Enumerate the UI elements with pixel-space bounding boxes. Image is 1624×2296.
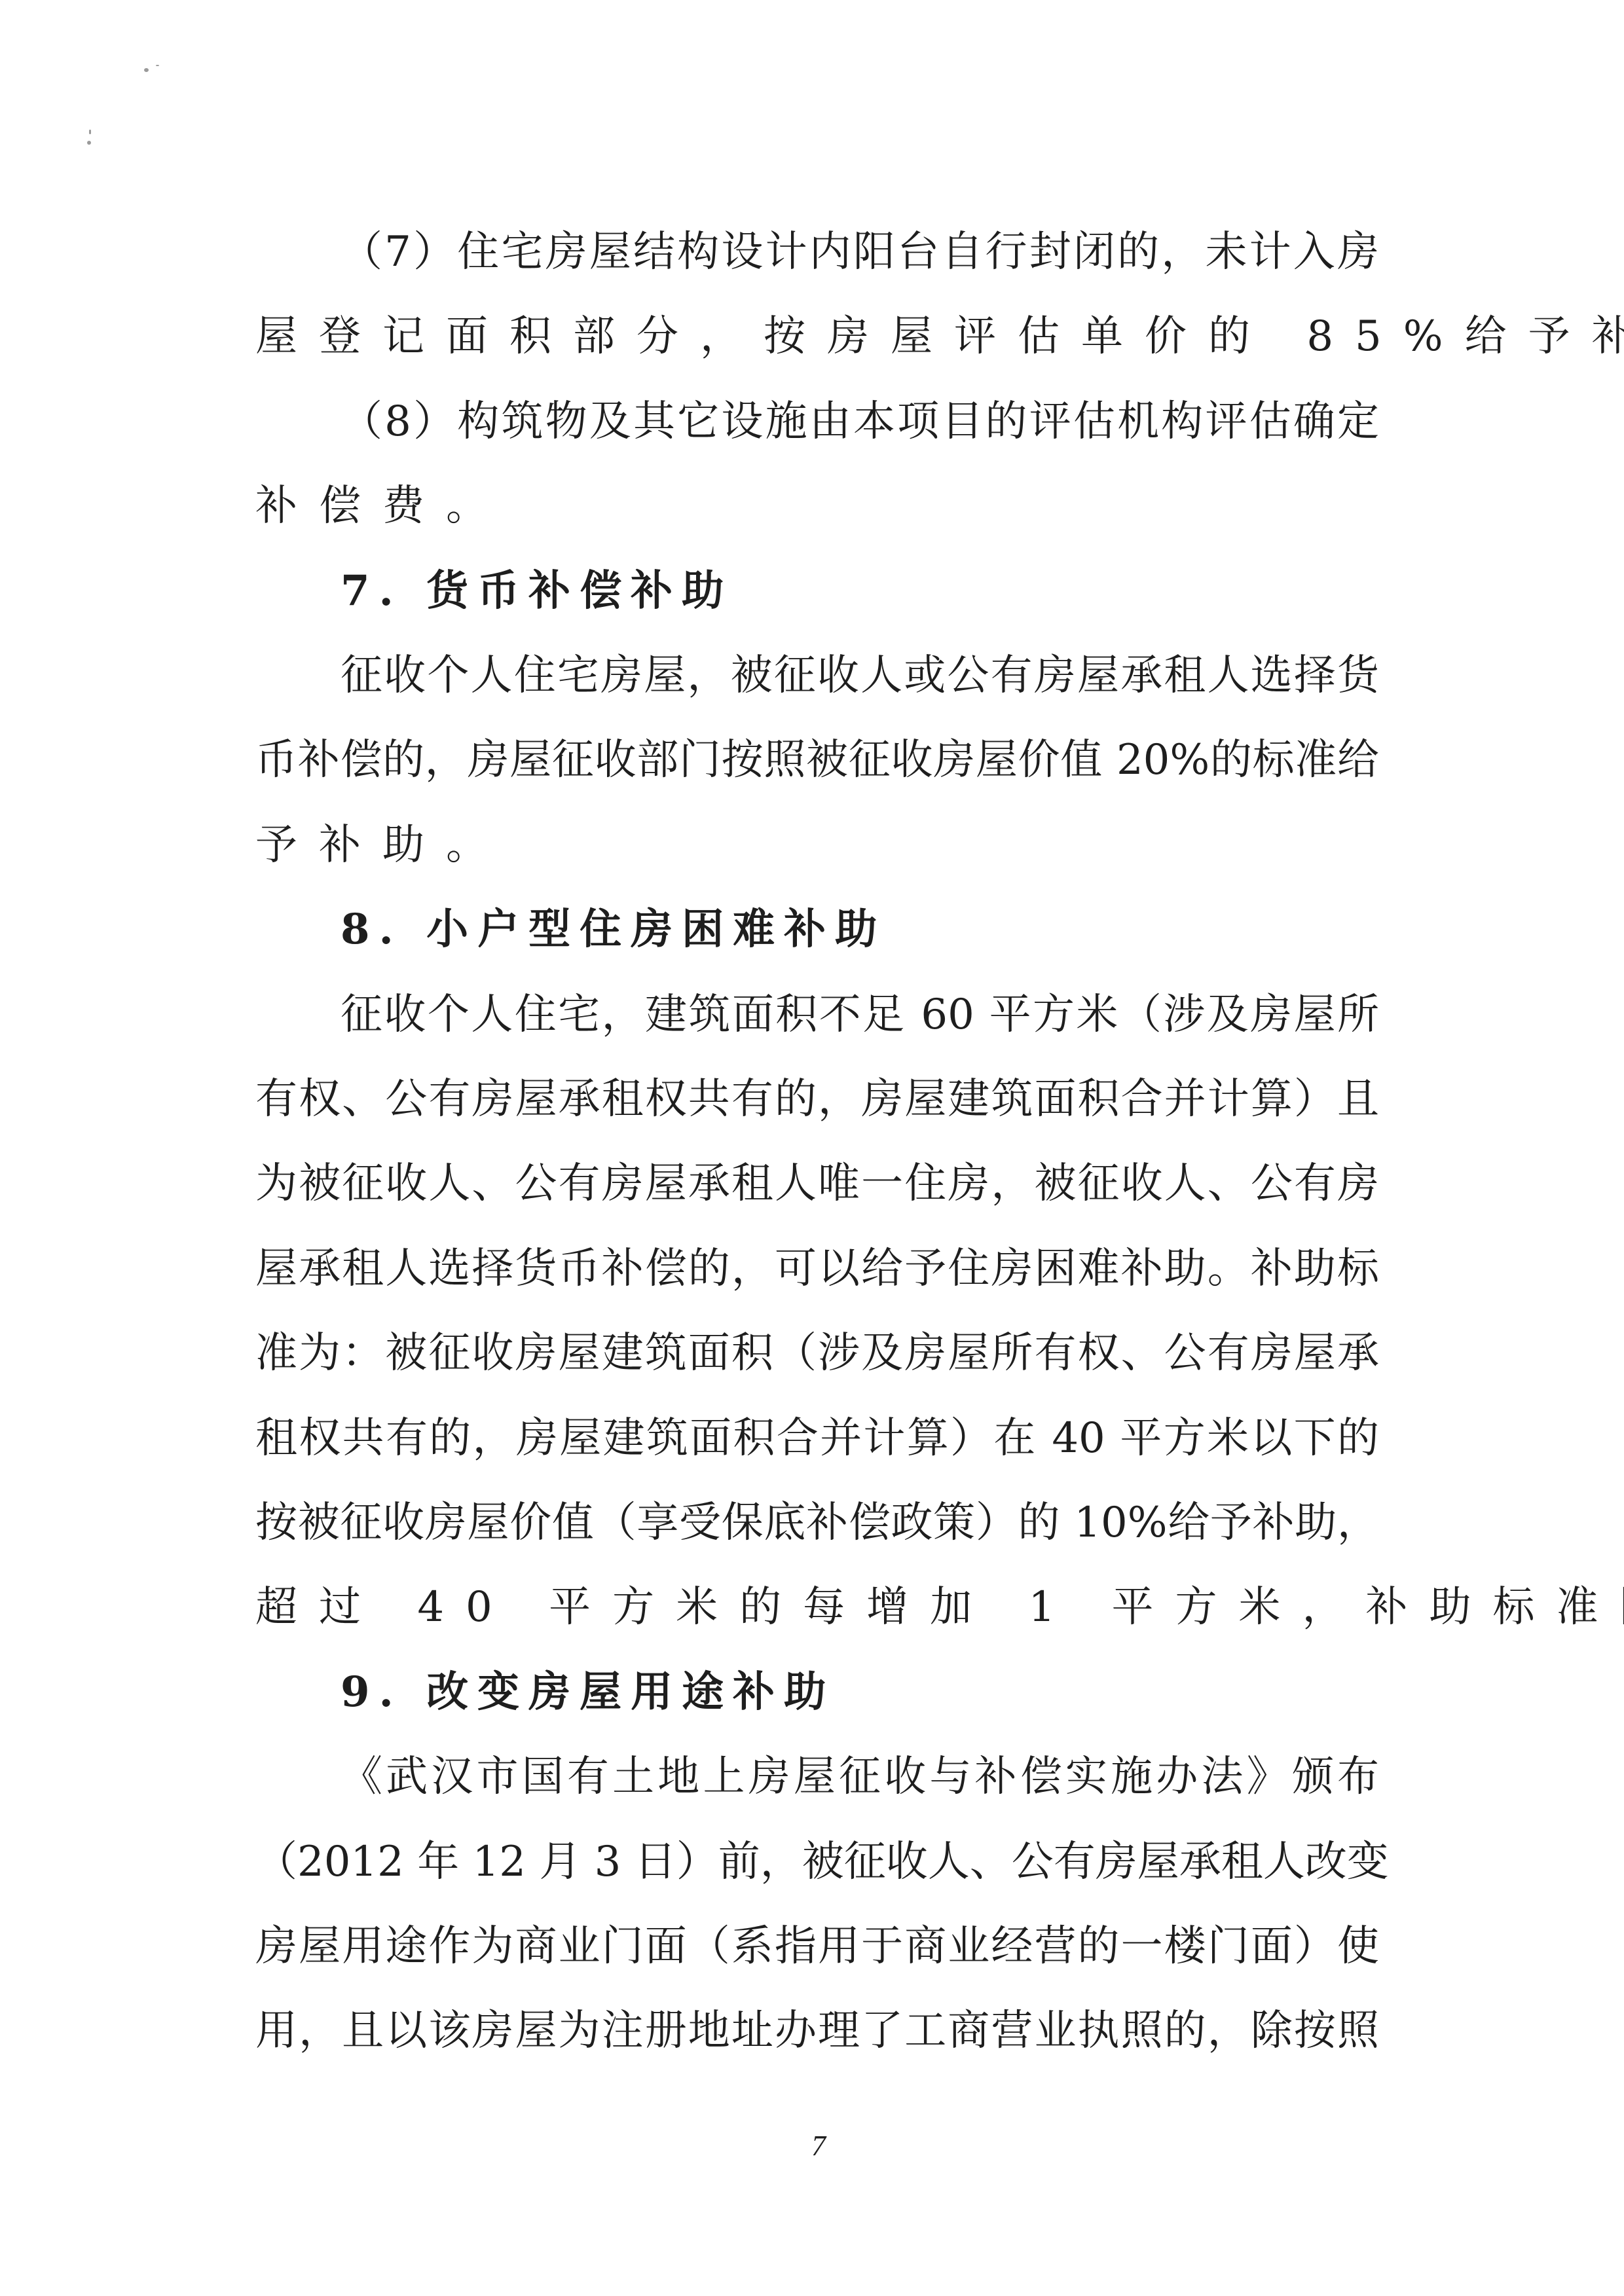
text-line: 币补偿的，房屋征收部门按照被征收房屋价值 20%的标准给 [255, 734, 1379, 786]
text-line: 《武汉市国有土地上房屋征收与补偿实施办法》颁布 [341, 1751, 1379, 1803]
text-line: 为被征收人、公有房屋承租人唯一住房，被征收人、公有房 [255, 1157, 1379, 1210]
scan-speck [89, 130, 91, 134]
scan-speck [156, 65, 159, 66]
text-line: 用，且以该房屋为注册地址办理了工商营业执照的，除按照 [255, 2005, 1379, 2057]
section-heading: 7. 货币补偿补助 [341, 565, 1379, 617]
document-page: （7）住宅房屋结构设计内阳台自行封闭的，未计入房屋登记面积部分，按房屋评估单价的… [0, 0, 1624, 2296]
section-heading: 9. 改变房屋用途补助 [341, 1666, 1379, 1719]
section-heading: 8. 小户型住房困难补助 [341, 903, 1379, 956]
text-line: 有权、公有房屋承租权共有的，房屋建筑面积合并计算）且 [255, 1073, 1379, 1125]
text-line: 予补助。 [255, 819, 1379, 871]
text-line: （8）构筑物及其它设施由本项目的评估机构评估确定 [341, 395, 1379, 448]
scan-speck [87, 141, 91, 145]
text-line: 超过 40 平方米的每增加 1 平方米，补助标准降低 0.5%。 [255, 1581, 1379, 1633]
text-line: 补偿费。 [255, 480, 1379, 532]
text-line: 准为：被征收房屋建筑面积（涉及房屋所有权、公有房屋承 [255, 1327, 1379, 1379]
text-line: 房屋用途作为商业门面（系指用于商业经营的一楼门面）使 [255, 1920, 1379, 1973]
text-line: 按被征收房屋价值（享受保底补偿政策）的 10%给予补助， [255, 1497, 1379, 1549]
text-line: （2012 年 12 月 3 日）前，被征收人、公有房屋承租人改变 [255, 1836, 1379, 1888]
text-line: 征收个人住宅房屋，被征收人或公有房屋承租人选择货 [341, 649, 1379, 702]
page-number: 7 [805, 2126, 832, 2166]
text-line: 屋承租人选择货币补偿的，可以给予住房困难补助。补助标 [255, 1243, 1379, 1295]
text-line: 屋登记面积部分，按房屋评估单价的 85%给予补偿； [255, 310, 1379, 363]
text-line: （7）住宅房屋结构设计内阳台自行封闭的，未计入房 [341, 226, 1379, 278]
text-line: 租权共有的，房屋建筑面积合并计算）在 40 平方米以下的 [255, 1412, 1379, 1465]
scan-speck [144, 68, 149, 72]
text-line: 征收个人住宅，建筑面积不足 60 平方米（涉及房屋所 [341, 989, 1379, 1041]
